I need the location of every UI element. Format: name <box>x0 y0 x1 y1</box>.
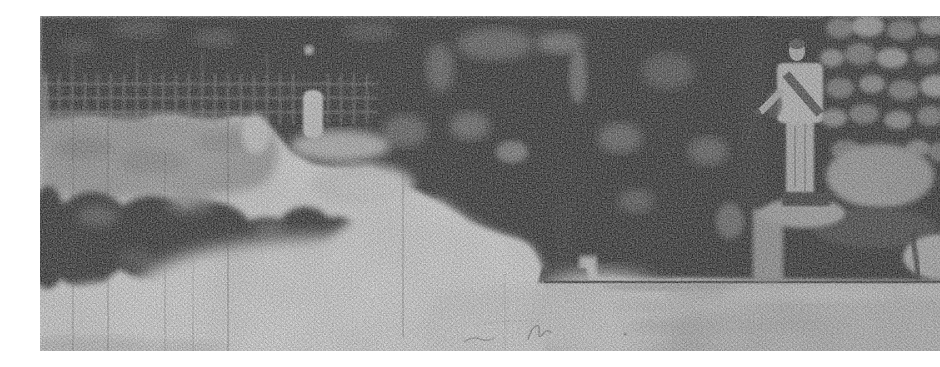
film-grain-light <box>40 16 940 351</box>
photo-canvas <box>40 16 940 351</box>
halftone-photograph <box>40 16 940 351</box>
